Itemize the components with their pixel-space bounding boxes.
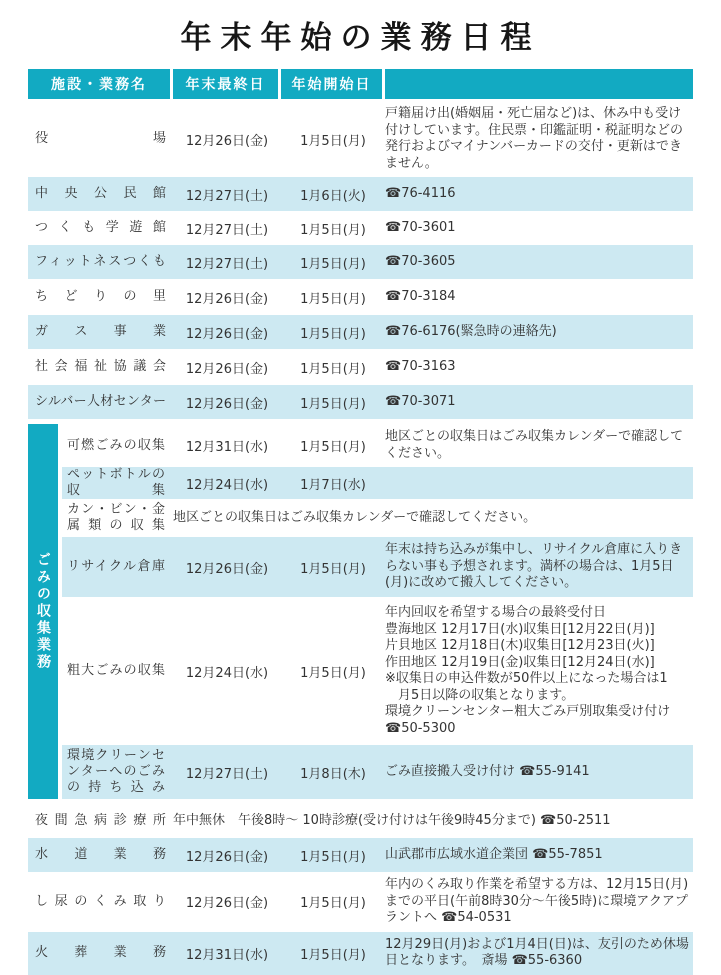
year-end-date: 12月24日(水) [173, 662, 281, 681]
year-start-date: 1月5日(月) [281, 944, 385, 963]
note: ☎70-3184 [385, 284, 693, 311]
note: ☎70-3601 [385, 215, 693, 242]
table-row: 社会福祉協議会 12月26日(金) 1月5日(月) ☎70-3163 [28, 349, 693, 385]
year-end-date: 12月24日(水) [173, 474, 281, 493]
note: 年内回収を希望する場合の最終受付日 豊海地区 12月17日(水)収集日[12月2… [385, 600, 693, 742]
year-start-date: 1月5日(月) [281, 558, 385, 577]
table-row: 中央公民館 12月27日(土) 1月6日(火) ☎76-4116 [28, 177, 693, 211]
year-end-date: 12月27日(土) [173, 253, 281, 272]
year-end-date: 12月26日(金) [173, 846, 281, 865]
year-start-date: 1月5日(月) [281, 323, 385, 342]
note: ☎76-6176(緊急時の連絡先) [385, 319, 693, 346]
note: ☎70-3605 [385, 249, 693, 276]
note: ☎70-3163 [385, 354, 693, 381]
gomi-section: ごみの収集業務 可燃ごみの収集 12月31日(水) 1月5日(月) 地区ごとの収… [28, 424, 693, 799]
year-end-date: 12月26日(金) [173, 358, 281, 377]
header-year-start: 年始開始日 [281, 69, 385, 99]
year-end-date: 12月26日(金) [173, 558, 281, 577]
facility-name: し尿のくみ取り [28, 894, 173, 910]
year-start-date: 1月5日(月) [281, 436, 385, 455]
year-start-date: 1月5日(月) [281, 219, 385, 238]
facility-name: 可燃ごみの収集 [62, 438, 173, 454]
table-row: ちどりの里 12月26日(金) 1月5日(月) ☎70-3184 [28, 279, 693, 315]
year-start-date: 1月5日(月) [281, 253, 385, 272]
year-start-date: 1月5日(月) [281, 846, 385, 865]
header-facility: 施設・業務名 [28, 69, 173, 99]
facility-name: つくも学遊館 [28, 220, 173, 236]
facility-name: 役場 [28, 131, 173, 147]
table-row: 夜間急病診療所 年中無休 午後8時～ 10時診療(受け付けは午後9時45分まで)… [28, 804, 693, 838]
table-header: 施設・業務名 年末最終日 年始開始日 [28, 69, 693, 99]
facility-name: シルバー人材センター [28, 394, 173, 410]
note: 年末は持ち込みが集中し、リサイクル倉庫に入りきらない事も予想されます。満杯の場合… [385, 537, 693, 597]
note: 年内のくみ取り作業を希望する方は、12月15日(月)までの平日(午前8時30分～… [385, 872, 693, 932]
table-row: カン・ビン・金属類の収集 地区ごとの収集日はごみ収集カレンダーで確認してください… [62, 499, 693, 537]
facility-name: リサイクル倉庫 [62, 559, 173, 575]
facility-name: 環境クリーンセンターへのごみの持ち込み [62, 748, 173, 796]
facility-name: ペットボトルの収集 [62, 467, 173, 499]
note: ☎76-4116 [385, 181, 693, 208]
year-end-date: 12月27日(土) [173, 219, 281, 238]
table-row: ペットボトルの収集 12月24日(水) 1月7日(水) [62, 467, 693, 499]
table-row: 粗大ごみの収集 12月24日(水) 1月5日(月) 年内回収を希望する場合の最終… [62, 597, 693, 745]
table-row: 役場 12月26日(金) 1月5日(月) 戸籍届け出(婚姻届・死亡届など)は、休… [28, 101, 693, 177]
facility-name: 夜間急病診療所 [28, 813, 173, 829]
year-end-date: 12月26日(金) [173, 130, 281, 149]
facility-name: ちどりの里 [28, 289, 173, 305]
facility-name: 水道業務 [28, 847, 173, 863]
gomi-section-label: ごみの収集業務 [33, 552, 53, 671]
page-title: 年末年始の業務日程 [28, 12, 693, 57]
table-row: リサイクル倉庫 12月26日(金) 1月5日(月) 年末は持ち込みが集中し、リサ… [62, 537, 693, 597]
gomi-section-band: ごみの収集業務 [28, 424, 58, 799]
year-end-date: 12月26日(金) [173, 323, 281, 342]
year-start-date: 1月6日(火) [281, 185, 385, 204]
year-end-date: 12月26日(金) [173, 892, 281, 911]
facility-name: 中央公民館 [28, 186, 173, 202]
table-row: つくも学遊館 12月27日(土) 1月5日(月) ☎70-3601 [28, 211, 693, 245]
year-start-date: 1月5日(月) [281, 662, 385, 681]
table-row: シルバー人材センター 12月26日(金) 1月5日(月) ☎70-3071 [28, 385, 693, 419]
table-row: 水道業務 12月26日(金) 1月5日(月) 山武郡市広域水道企業団 ☎55-7… [28, 838, 693, 872]
year-end-date: 12月26日(金) [173, 288, 281, 307]
schedule-table: 施設・業務名 年末最終日 年始開始日 役場 12月26日(金) 1月5日(月) … [28, 69, 693, 975]
year-start-date: 1月7日(水) [281, 474, 385, 493]
page: 年末年始の業務日程 施設・業務名 年末最終日 年始開始日 役場 12月26日(金… [0, 0, 721, 975]
table-row: し尿のくみ取り 12月26日(金) 1月5日(月) 年内のくみ取り作業を希望する… [28, 872, 693, 932]
note [385, 478, 693, 488]
year-end-date: 12月31日(水) [173, 436, 281, 455]
year-end-date: 12月27日(土) [173, 185, 281, 204]
year-start-date: 1月5日(月) [281, 393, 385, 412]
table-row: ガス事業 12月26日(金) 1月5日(月) ☎76-6176(緊急時の連絡先) [28, 315, 693, 349]
note: 地区ごとの収集日はごみ収集カレンダーで確認してください。 [385, 424, 693, 467]
note: 戸籍届け出(婚姻届・死亡届など)は、休み中も受け付けしています。住民票・印鑑証明… [385, 101, 693, 177]
facility-name: 粗大ごみの収集 [62, 663, 173, 679]
table-row: 可燃ごみの収集 12月31日(水) 1月5日(月) 地区ごとの収集日はごみ収集カ… [62, 424, 693, 467]
year-start-date: 1月8日(木) [281, 763, 385, 782]
gomi-rows: 可燃ごみの収集 12月31日(水) 1月5日(月) 地区ごとの収集日はごみ収集カ… [62, 424, 693, 799]
year-start-date: 1月5日(月) [281, 892, 385, 911]
year-start-date: 1月5日(月) [281, 288, 385, 307]
header-year-end: 年末最終日 [173, 69, 281, 99]
facility-name: ガス事業 [28, 324, 173, 340]
year-end-date: 12月26日(金) [173, 393, 281, 412]
note: 12月29日(月)および1月4日(日)は、友引のため休場日となります。 斎場 ☎… [385, 932, 693, 975]
facility-name: 社会福祉協議会 [28, 359, 173, 375]
facility-name: フィットネスつくも [28, 254, 173, 270]
year-start-date: 1月5日(月) [281, 358, 385, 377]
header-notes [385, 69, 693, 99]
table-row: 火葬業務 12月31日(水) 1月5日(月) 12月29日(月)および1月4日(… [28, 932, 693, 975]
table-row: 環境クリーンセンターへのごみの持ち込み 12月27日(土) 1月8日(木) ごみ… [62, 745, 693, 799]
note: 年中無休 午後8時～ 10時診療(受け付けは午後9時45分まで) ☎50-251… [173, 808, 693, 835]
year-end-date: 12月27日(土) [173, 763, 281, 782]
year-start-date: 1月5日(月) [281, 130, 385, 149]
year-end-date: 12月31日(水) [173, 944, 281, 963]
facility-name: 火葬業務 [28, 945, 173, 961]
note: 山武郡市広域水道企業団 ☎55-7851 [385, 842, 693, 869]
note: 地区ごとの収集日はごみ収集カレンダーで確認してください。 [173, 505, 693, 532]
facility-name: カン・ビン・金属類の収集 [62, 502, 173, 534]
note: ☎70-3071 [385, 389, 693, 416]
table-row: フィットネスつくも 12月27日(土) 1月5日(月) ☎70-3605 [28, 245, 693, 279]
note: ごみ直接搬入受け付け ☎55-9141 [385, 759, 693, 786]
